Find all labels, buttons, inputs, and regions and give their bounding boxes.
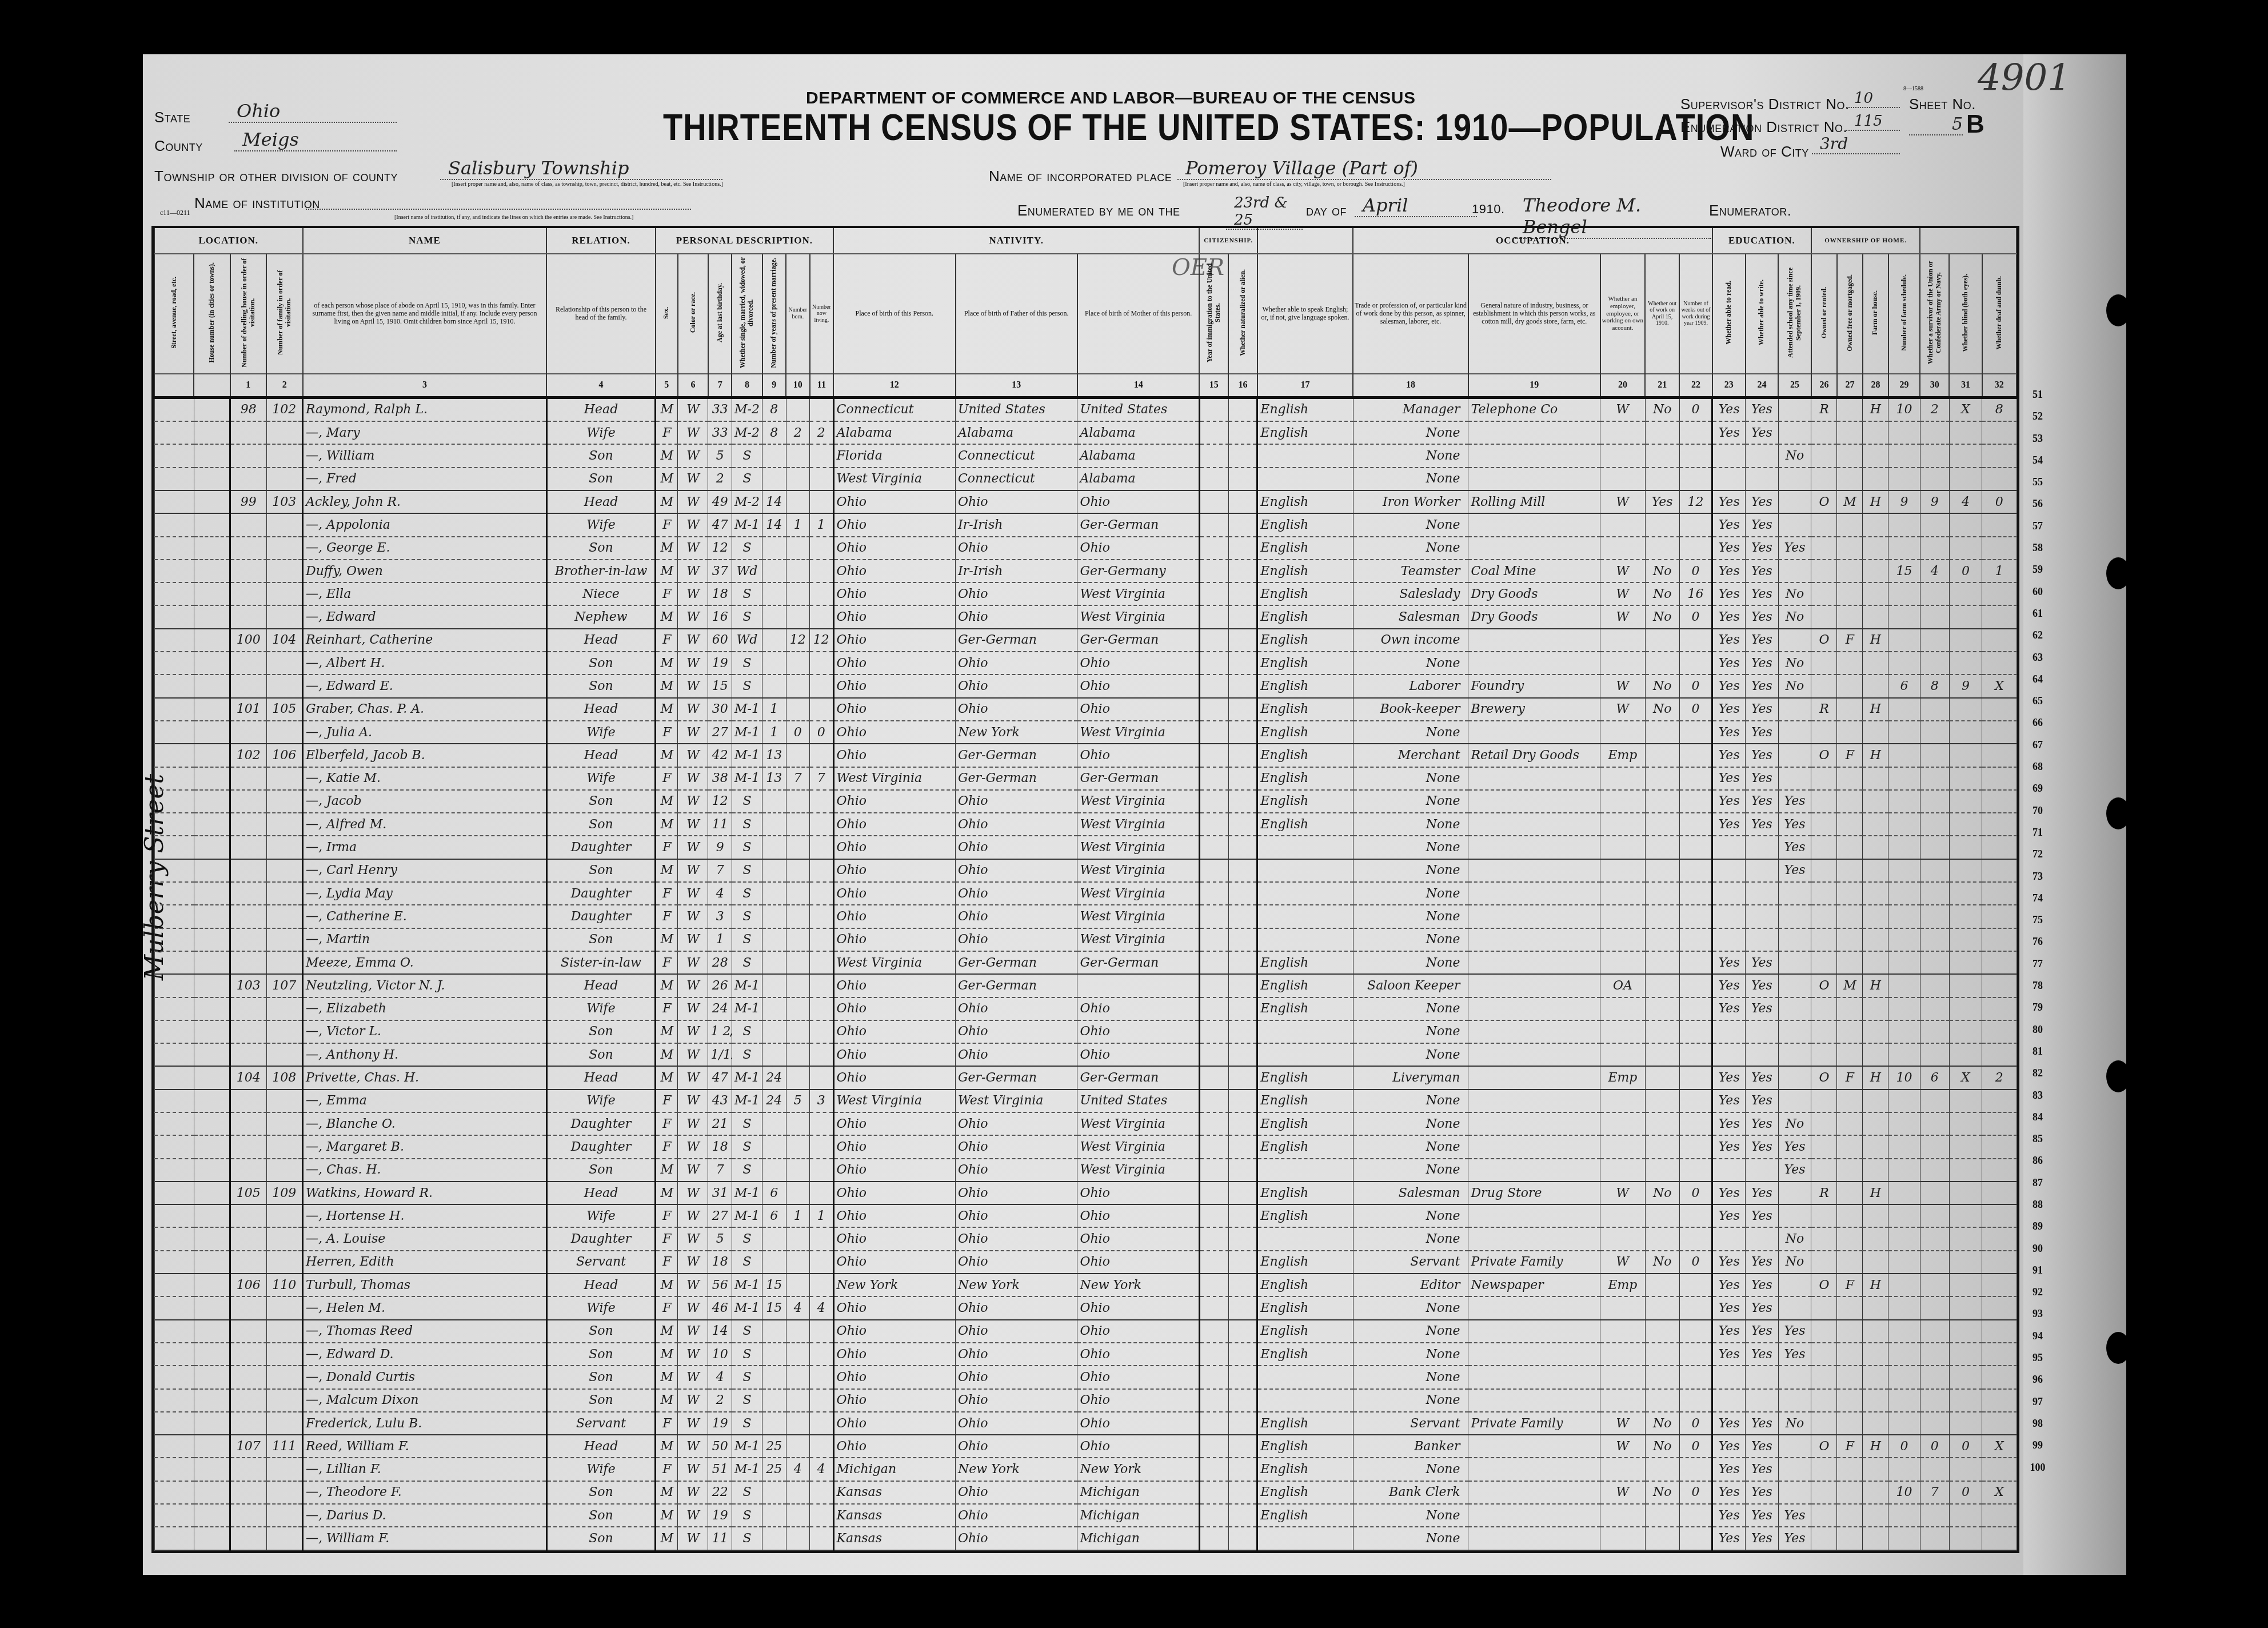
cell-sex: F bbox=[656, 629, 678, 652]
cell-age: 46 bbox=[708, 1296, 732, 1319]
table-row: —, Helen M.WifeFW46M-11544OhioOhioOhioEn… bbox=[154, 1296, 2017, 1319]
col-immigration: Year of immigration to the United States… bbox=[1199, 254, 1228, 374]
cell-name: —, Thomas Reed bbox=[303, 1320, 547, 1343]
cell-relation: Head bbox=[546, 397, 655, 421]
cell-deaf: 2 bbox=[1982, 1066, 2017, 1089]
cell-veteran bbox=[1920, 882, 1949, 905]
cell-mortgage bbox=[1837, 859, 1863, 882]
cell-read: Yes bbox=[1712, 1481, 1746, 1504]
cell-farm-schedule bbox=[1888, 813, 1920, 836]
line-number: 100 bbox=[2021, 1457, 2055, 1478]
cell-birthplace: Michigan bbox=[833, 1458, 955, 1481]
table-row: —, A. LouiseDaughterFW5SOhioOhioOhioNone… bbox=[154, 1227, 2017, 1250]
cell-relation: Niece bbox=[546, 582, 655, 605]
township-note: [Insert proper name and, also, name of c… bbox=[452, 181, 723, 187]
column-number: 25 bbox=[1778, 374, 1811, 398]
cell-deaf bbox=[1982, 1112, 2017, 1135]
cell-family bbox=[266, 859, 302, 882]
cell-weeks-out bbox=[1679, 1204, 1712, 1227]
cell-dwelling: 102 bbox=[230, 744, 266, 767]
table-row: —, Anthony H.SonMW1/12SOhioOhioOhioNone bbox=[154, 1043, 2017, 1066]
cell-language bbox=[1257, 1366, 1353, 1388]
cell-race: W bbox=[678, 1343, 708, 1366]
cell-born bbox=[786, 859, 810, 882]
cell-weeks-out bbox=[1679, 836, 1712, 859]
cell-language bbox=[1257, 1159, 1353, 1182]
cell-trade: None bbox=[1353, 1043, 1468, 1066]
cell-father-birthplace: United States bbox=[956, 397, 1077, 421]
cell-farm-schedule bbox=[1888, 444, 1920, 467]
cell-blind bbox=[1949, 1090, 1982, 1112]
cell-race: W bbox=[678, 1159, 708, 1182]
col-industry: General nature of industry, business, or… bbox=[1468, 254, 1600, 374]
cell-living bbox=[810, 1527, 834, 1550]
department-title: DEPARTMENT OF COMMERCE AND LABOR—BUREAU … bbox=[806, 89, 1416, 108]
cell-relation: Wife bbox=[546, 1458, 655, 1481]
cell-deaf bbox=[1982, 652, 2017, 675]
table-row: —, EmmaWifeFW43M-12453West VirginiaWest … bbox=[154, 1090, 2017, 1112]
cell-class bbox=[1600, 421, 1645, 444]
cell-family bbox=[266, 836, 302, 859]
cell-living bbox=[810, 1320, 834, 1343]
cell-father-birthplace: Ohio bbox=[956, 1504, 1077, 1527]
incorporated-label: Name of incorporated place bbox=[989, 167, 1172, 185]
cell-dwelling: 104 bbox=[230, 1066, 266, 1089]
cell-immigration bbox=[1199, 605, 1228, 628]
cell-class bbox=[1600, 721, 1645, 744]
cell-father-birthplace: New York bbox=[956, 721, 1077, 744]
cell-birthplace: Ohio bbox=[833, 997, 955, 1020]
cell-father-birthplace: Ohio bbox=[956, 1043, 1077, 1066]
cell-owned-rented bbox=[1811, 813, 1837, 836]
cell-class bbox=[1600, 1504, 1645, 1527]
cell-mother-birthplace: Alabama bbox=[1077, 468, 1199, 490]
cell-write: Yes bbox=[1746, 1066, 1779, 1089]
cell-immigration bbox=[1199, 1020, 1228, 1043]
cell-blind: 0 bbox=[1949, 1435, 1982, 1458]
cell-out-of-work bbox=[1645, 1504, 1679, 1527]
column-number: 24 bbox=[1746, 374, 1779, 398]
cell-living bbox=[810, 1112, 834, 1135]
line-number: 89 bbox=[2021, 1215, 2055, 1237]
cell-born: 12 bbox=[786, 629, 810, 652]
cell-industry bbox=[1468, 1458, 1600, 1481]
cell-school bbox=[1778, 928, 1811, 951]
cell-yrs bbox=[762, 951, 786, 974]
cell-living bbox=[810, 836, 834, 859]
cell-race: W bbox=[678, 629, 708, 652]
cell-family bbox=[266, 1204, 302, 1227]
cell-age: 27 bbox=[708, 721, 732, 744]
cell-relation: Wife bbox=[546, 767, 655, 790]
cell-living bbox=[810, 1043, 834, 1066]
cell-class: Emp bbox=[1600, 744, 1645, 767]
group-location: LOCATION. bbox=[154, 228, 303, 254]
cell-family: 104 bbox=[266, 629, 302, 652]
cell-yrs bbox=[762, 1020, 786, 1043]
cell-naturalized bbox=[1228, 1204, 1257, 1227]
cell-trade: None bbox=[1353, 468, 1468, 490]
cell-dwelling: 103 bbox=[230, 974, 266, 997]
cell-write: Yes bbox=[1746, 1251, 1779, 1274]
cell-write: Yes bbox=[1746, 974, 1779, 997]
cell-house bbox=[194, 882, 230, 905]
cell-age: 11 bbox=[708, 813, 732, 836]
cell-marital: S bbox=[732, 836, 762, 859]
cell-house bbox=[194, 605, 230, 628]
table-row: —, FredSonMW2SWest VirginiaConnecticutAl… bbox=[154, 468, 2017, 490]
cell-class bbox=[1600, 1135, 1645, 1158]
cell-read: Yes bbox=[1712, 813, 1746, 836]
cell-dwelling bbox=[230, 790, 266, 813]
cell-immigration bbox=[1199, 974, 1228, 997]
cell-age: 31 bbox=[708, 1182, 732, 1204]
column-number: 5 bbox=[656, 374, 678, 398]
cell-mortgage bbox=[1837, 1159, 1863, 1182]
cell-house bbox=[194, 1043, 230, 1066]
cell-farm-house: H bbox=[1863, 974, 1888, 997]
cell-sex: M bbox=[656, 675, 678, 697]
cell-industry bbox=[1468, 1043, 1600, 1066]
cell-marital: S bbox=[732, 1412, 762, 1435]
cell-living bbox=[810, 859, 834, 882]
cell-industry bbox=[1468, 1366, 1600, 1388]
cell-living bbox=[810, 1251, 834, 1274]
cell-school bbox=[1778, 1389, 1811, 1412]
cell-name: —, Ella bbox=[303, 582, 547, 605]
cell-owned-rented: O bbox=[1811, 974, 1837, 997]
cell-trade: None bbox=[1353, 951, 1468, 974]
cell-write: Yes bbox=[1746, 421, 1779, 444]
cell-living bbox=[810, 1481, 834, 1504]
cell-dwelling bbox=[230, 813, 266, 836]
cell-birthplace: Ohio bbox=[833, 1043, 955, 1066]
cell-industry bbox=[1468, 513, 1600, 536]
cell-mother-birthplace: Ger-Germany bbox=[1077, 560, 1199, 582]
line-number: 88 bbox=[2021, 1194, 2055, 1215]
cell-trade: None bbox=[1353, 928, 1468, 951]
cell-class bbox=[1600, 1020, 1645, 1043]
cell-blind bbox=[1949, 928, 1982, 951]
cell-race: W bbox=[678, 767, 708, 790]
enumerated-label: Enumerated by me on the bbox=[1017, 202, 1180, 220]
cell-deaf bbox=[1982, 882, 2017, 905]
cell-born bbox=[786, 1274, 810, 1296]
ward-field: 3rd bbox=[1812, 134, 1900, 154]
cell-mortgage bbox=[1837, 652, 1863, 675]
table-row: —, Carl HenrySonMW7SOhioOhioWest Virgini… bbox=[154, 859, 2017, 882]
cell-write bbox=[1746, 468, 1779, 490]
cell-yrs: 13 bbox=[762, 744, 786, 767]
cell-naturalized bbox=[1228, 675, 1257, 697]
cell-naturalized bbox=[1228, 1274, 1257, 1296]
cell-mother-birthplace: Michigan bbox=[1077, 1527, 1199, 1550]
cell-marital: S bbox=[732, 859, 762, 882]
cell-birthplace: Ohio bbox=[833, 629, 955, 652]
table-row: —, EllaNieceFW18SOhioOhioWest VirginiaEn… bbox=[154, 582, 2017, 605]
cell-house bbox=[194, 1366, 230, 1388]
cell-born bbox=[786, 490, 810, 513]
cell-dwelling bbox=[230, 882, 266, 905]
column-number: 32 bbox=[1982, 374, 2017, 398]
cell-sex: M bbox=[656, 652, 678, 675]
cell-write: Yes bbox=[1746, 767, 1779, 790]
cell-sex: M bbox=[656, 1066, 678, 1089]
cell-race: W bbox=[678, 1527, 708, 1550]
cell-yrs bbox=[762, 1527, 786, 1550]
cell-class: W bbox=[1600, 397, 1645, 421]
cell-out-of-work bbox=[1645, 813, 1679, 836]
cell-trade: Salesman bbox=[1353, 1182, 1468, 1204]
cell-weeks-out bbox=[1679, 1389, 1712, 1412]
cell-deaf bbox=[1982, 1320, 2017, 1343]
incorporated-field: Pomeroy Village (Part of) bbox=[1177, 157, 1551, 180]
cell-street bbox=[154, 513, 194, 536]
cell-weeks-out bbox=[1679, 905, 1712, 928]
cell-mortgage: F bbox=[1837, 1435, 1863, 1458]
cell-name: Reinhart, Catherine bbox=[303, 629, 547, 652]
table-row: —, Blanche O.DaughterFW21SOhioOhioWest V… bbox=[154, 1112, 2017, 1135]
cell-read: Yes bbox=[1712, 951, 1746, 974]
column-number: 3 bbox=[303, 374, 547, 398]
cell-mortgage bbox=[1837, 905, 1863, 928]
cell-language: English bbox=[1257, 1112, 1353, 1135]
cell-age: 4 bbox=[708, 1366, 732, 1388]
col-school: Attended school any time since September… bbox=[1778, 254, 1811, 374]
cell-family bbox=[266, 813, 302, 836]
line-number: 76 bbox=[2021, 931, 2055, 952]
cell-house bbox=[194, 1296, 230, 1319]
cell-farm-house bbox=[1863, 928, 1888, 951]
cell-industry bbox=[1468, 1320, 1600, 1343]
line-number: 63 bbox=[2021, 647, 2055, 668]
cell-read: Yes bbox=[1712, 997, 1746, 1020]
cell-marital: S bbox=[732, 605, 762, 628]
cell-farm-house bbox=[1863, 721, 1888, 744]
cell-naturalized bbox=[1228, 1343, 1257, 1366]
cell-marital: S bbox=[732, 1043, 762, 1066]
line-number: 73 bbox=[2021, 865, 2055, 887]
cell-read: Yes bbox=[1712, 721, 1746, 744]
cell-veteran bbox=[1920, 836, 1949, 859]
cell-trade: None bbox=[1353, 1090, 1468, 1112]
cell-weeks-out bbox=[1679, 1320, 1712, 1343]
cell-farm-house bbox=[1863, 1135, 1888, 1158]
table-row: —, Theodore F.SonMW22SKansasOhioMichigan… bbox=[154, 1481, 2017, 1504]
cell-born bbox=[786, 537, 810, 560]
cell-dwelling bbox=[230, 1020, 266, 1043]
cell-veteran bbox=[1920, 744, 1949, 767]
cell-industry: Private Family bbox=[1468, 1412, 1600, 1435]
cell-street bbox=[154, 421, 194, 444]
cell-industry: Brewery bbox=[1468, 698, 1600, 721]
cell-name: Reed, William F. bbox=[303, 1435, 547, 1458]
cell-dwelling: 105 bbox=[230, 1182, 266, 1204]
cell-mother-birthplace: Ohio bbox=[1077, 1389, 1199, 1412]
cell-marital: Wd bbox=[732, 629, 762, 652]
cell-weeks-out: 0 bbox=[1679, 1412, 1712, 1435]
cell-immigration bbox=[1199, 675, 1228, 697]
cell-living bbox=[810, 444, 834, 467]
cell-living bbox=[810, 1274, 834, 1296]
cell-naturalized bbox=[1228, 1504, 1257, 1527]
cell-marital: S bbox=[732, 1112, 762, 1135]
cell-born: 1 bbox=[786, 513, 810, 536]
cell-relation: Son bbox=[546, 928, 655, 951]
cell-street bbox=[154, 882, 194, 905]
cell-industry bbox=[1468, 468, 1600, 490]
cell-read: Yes bbox=[1712, 1527, 1746, 1550]
line-number: 96 bbox=[2021, 1368, 2055, 1390]
cell-class bbox=[1600, 444, 1645, 467]
cell-trade: Saloon Keeper bbox=[1353, 974, 1468, 997]
cell-blind: 4 bbox=[1949, 490, 1982, 513]
cell-farm-schedule bbox=[1888, 882, 1920, 905]
cell-farm-schedule: 10 bbox=[1888, 1481, 1920, 1504]
cell-mortgage bbox=[1837, 1251, 1863, 1274]
cell-blind bbox=[1949, 1020, 1982, 1043]
cell-name: —, Albert H. bbox=[303, 652, 547, 675]
cell-birthplace: Ohio bbox=[833, 537, 955, 560]
cell-house bbox=[194, 813, 230, 836]
cell-class: W bbox=[1600, 1251, 1645, 1274]
cell-language bbox=[1257, 859, 1353, 882]
cell-immigration bbox=[1199, 813, 1228, 836]
cell-relation: Head bbox=[546, 1435, 655, 1458]
cell-owned-rented bbox=[1811, 1481, 1837, 1504]
cell-sex: M bbox=[656, 813, 678, 836]
table-row: —, Catherine E.DaughterFW3SOhioOhioWest … bbox=[154, 905, 2017, 928]
cell-marital: M-1 bbox=[732, 997, 762, 1020]
cell-name: —, Emma bbox=[303, 1090, 547, 1112]
line-number: 62 bbox=[2021, 624, 2055, 646]
cell-mother-birthplace: Ohio bbox=[1077, 1296, 1199, 1319]
cell-age: 9 bbox=[708, 836, 732, 859]
cell-sex: M bbox=[656, 490, 678, 513]
cell-trade: Teamster bbox=[1353, 560, 1468, 582]
cell-immigration bbox=[1199, 1182, 1228, 1204]
cell-yrs: 25 bbox=[762, 1435, 786, 1458]
cell-father-birthplace: West Virginia bbox=[956, 1090, 1077, 1112]
cell-language: English bbox=[1257, 537, 1353, 560]
cell-family bbox=[266, 1504, 302, 1527]
cell-owned-rented bbox=[1811, 1366, 1837, 1388]
cell-yrs: 6 bbox=[762, 1182, 786, 1204]
cell-dwelling bbox=[230, 1135, 266, 1158]
cell-born bbox=[786, 790, 810, 813]
line-number: 83 bbox=[2021, 1084, 2055, 1106]
cell-family: 105 bbox=[266, 698, 302, 721]
cell-farm-house: H bbox=[1863, 1274, 1888, 1296]
cell-born bbox=[786, 605, 810, 628]
cell-relation: Son bbox=[546, 1020, 655, 1043]
cell-mother-birthplace: Ohio bbox=[1077, 1020, 1199, 1043]
table-row: Frederick, Lulu B.ServantFW19SOhioOhioOh… bbox=[154, 1412, 2017, 1435]
cell-mortgage bbox=[1837, 790, 1863, 813]
cell-immigration bbox=[1199, 767, 1228, 790]
cell-father-birthplace: Ohio bbox=[956, 1320, 1077, 1343]
cell-born bbox=[786, 1343, 810, 1366]
cell-race: W bbox=[678, 836, 708, 859]
cell-owned-rented: O bbox=[1811, 490, 1837, 513]
cell-farm-house: H bbox=[1863, 397, 1888, 421]
cell-sex: M bbox=[656, 698, 678, 721]
table-row: 103107Neutzling, Victor N. J.HeadMW26M-1… bbox=[154, 974, 2017, 997]
cell-owned-rented bbox=[1811, 1343, 1837, 1366]
cell-dwelling bbox=[230, 767, 266, 790]
cell-naturalized bbox=[1228, 698, 1257, 721]
cell-family bbox=[266, 560, 302, 582]
cell-blind bbox=[1949, 1527, 1982, 1550]
cell-father-birthplace: Ohio bbox=[956, 813, 1077, 836]
cell-read: Yes bbox=[1712, 1274, 1746, 1296]
cell-language: English bbox=[1257, 1320, 1353, 1343]
cell-house bbox=[194, 513, 230, 536]
cell-weeks-out bbox=[1679, 1227, 1712, 1250]
column-number: 12 bbox=[833, 374, 955, 398]
cell-class bbox=[1600, 813, 1645, 836]
cell-blind bbox=[1949, 468, 1982, 490]
cell-owned-rented bbox=[1811, 675, 1837, 697]
cell-farm-house bbox=[1863, 1412, 1888, 1435]
cell-name: Privette, Chas. H. bbox=[303, 1066, 547, 1089]
cell-farm-house bbox=[1863, 1112, 1888, 1135]
cell-name: —, Helen M. bbox=[303, 1296, 547, 1319]
cell-language: English bbox=[1257, 605, 1353, 628]
cell-farm-schedule bbox=[1888, 629, 1920, 652]
sheet-letter: B bbox=[1966, 110, 1984, 139]
cell-house bbox=[194, 1066, 230, 1089]
cell-immigration bbox=[1199, 882, 1228, 905]
cell-industry bbox=[1468, 1066, 1600, 1089]
cell-veteran bbox=[1920, 1090, 1949, 1112]
punch-hole-icon bbox=[2106, 294, 2130, 326]
cell-language: English bbox=[1257, 1274, 1353, 1296]
cell-marital: Wd bbox=[732, 560, 762, 582]
cell-relation: Head bbox=[546, 1274, 655, 1296]
cell-father-birthplace: Ohio bbox=[956, 1227, 1077, 1250]
cell-sex: F bbox=[656, 582, 678, 605]
cell-read: Yes bbox=[1712, 1066, 1746, 1089]
cell-dwelling bbox=[230, 582, 266, 605]
cell-house bbox=[194, 537, 230, 560]
cell-street bbox=[154, 1343, 194, 1366]
cell-house bbox=[194, 675, 230, 697]
stamp-number: 4901 bbox=[1978, 57, 2071, 99]
cell-age: 3 bbox=[708, 905, 732, 928]
cell-farm-schedule bbox=[1888, 1090, 1920, 1112]
cell-class: Emp bbox=[1600, 1066, 1645, 1089]
cell-immigration bbox=[1199, 790, 1228, 813]
cell-relation: Head bbox=[546, 1066, 655, 1089]
cell-farm-schedule: 15 bbox=[1888, 560, 1920, 582]
cell-birthplace: Ohio bbox=[833, 1343, 955, 1366]
cell-farm-schedule: 9 bbox=[1888, 490, 1920, 513]
cell-farm-house bbox=[1863, 582, 1888, 605]
cell-blind: X bbox=[1949, 1066, 1982, 1089]
cell-mother-birthplace: West Virginia bbox=[1077, 582, 1199, 605]
cell-relation: Son bbox=[546, 1366, 655, 1388]
cell-birthplace: Ohio bbox=[833, 1182, 955, 1204]
cell-farm-schedule bbox=[1888, 836, 1920, 859]
cell-race: W bbox=[678, 698, 708, 721]
cell-family bbox=[266, 951, 302, 974]
column-number: 19 bbox=[1468, 374, 1600, 398]
cell-read: Yes bbox=[1712, 560, 1746, 582]
cell-born bbox=[786, 1435, 810, 1458]
cell-mother-birthplace: West Virginia bbox=[1077, 790, 1199, 813]
cell-weeks-out bbox=[1679, 537, 1712, 560]
